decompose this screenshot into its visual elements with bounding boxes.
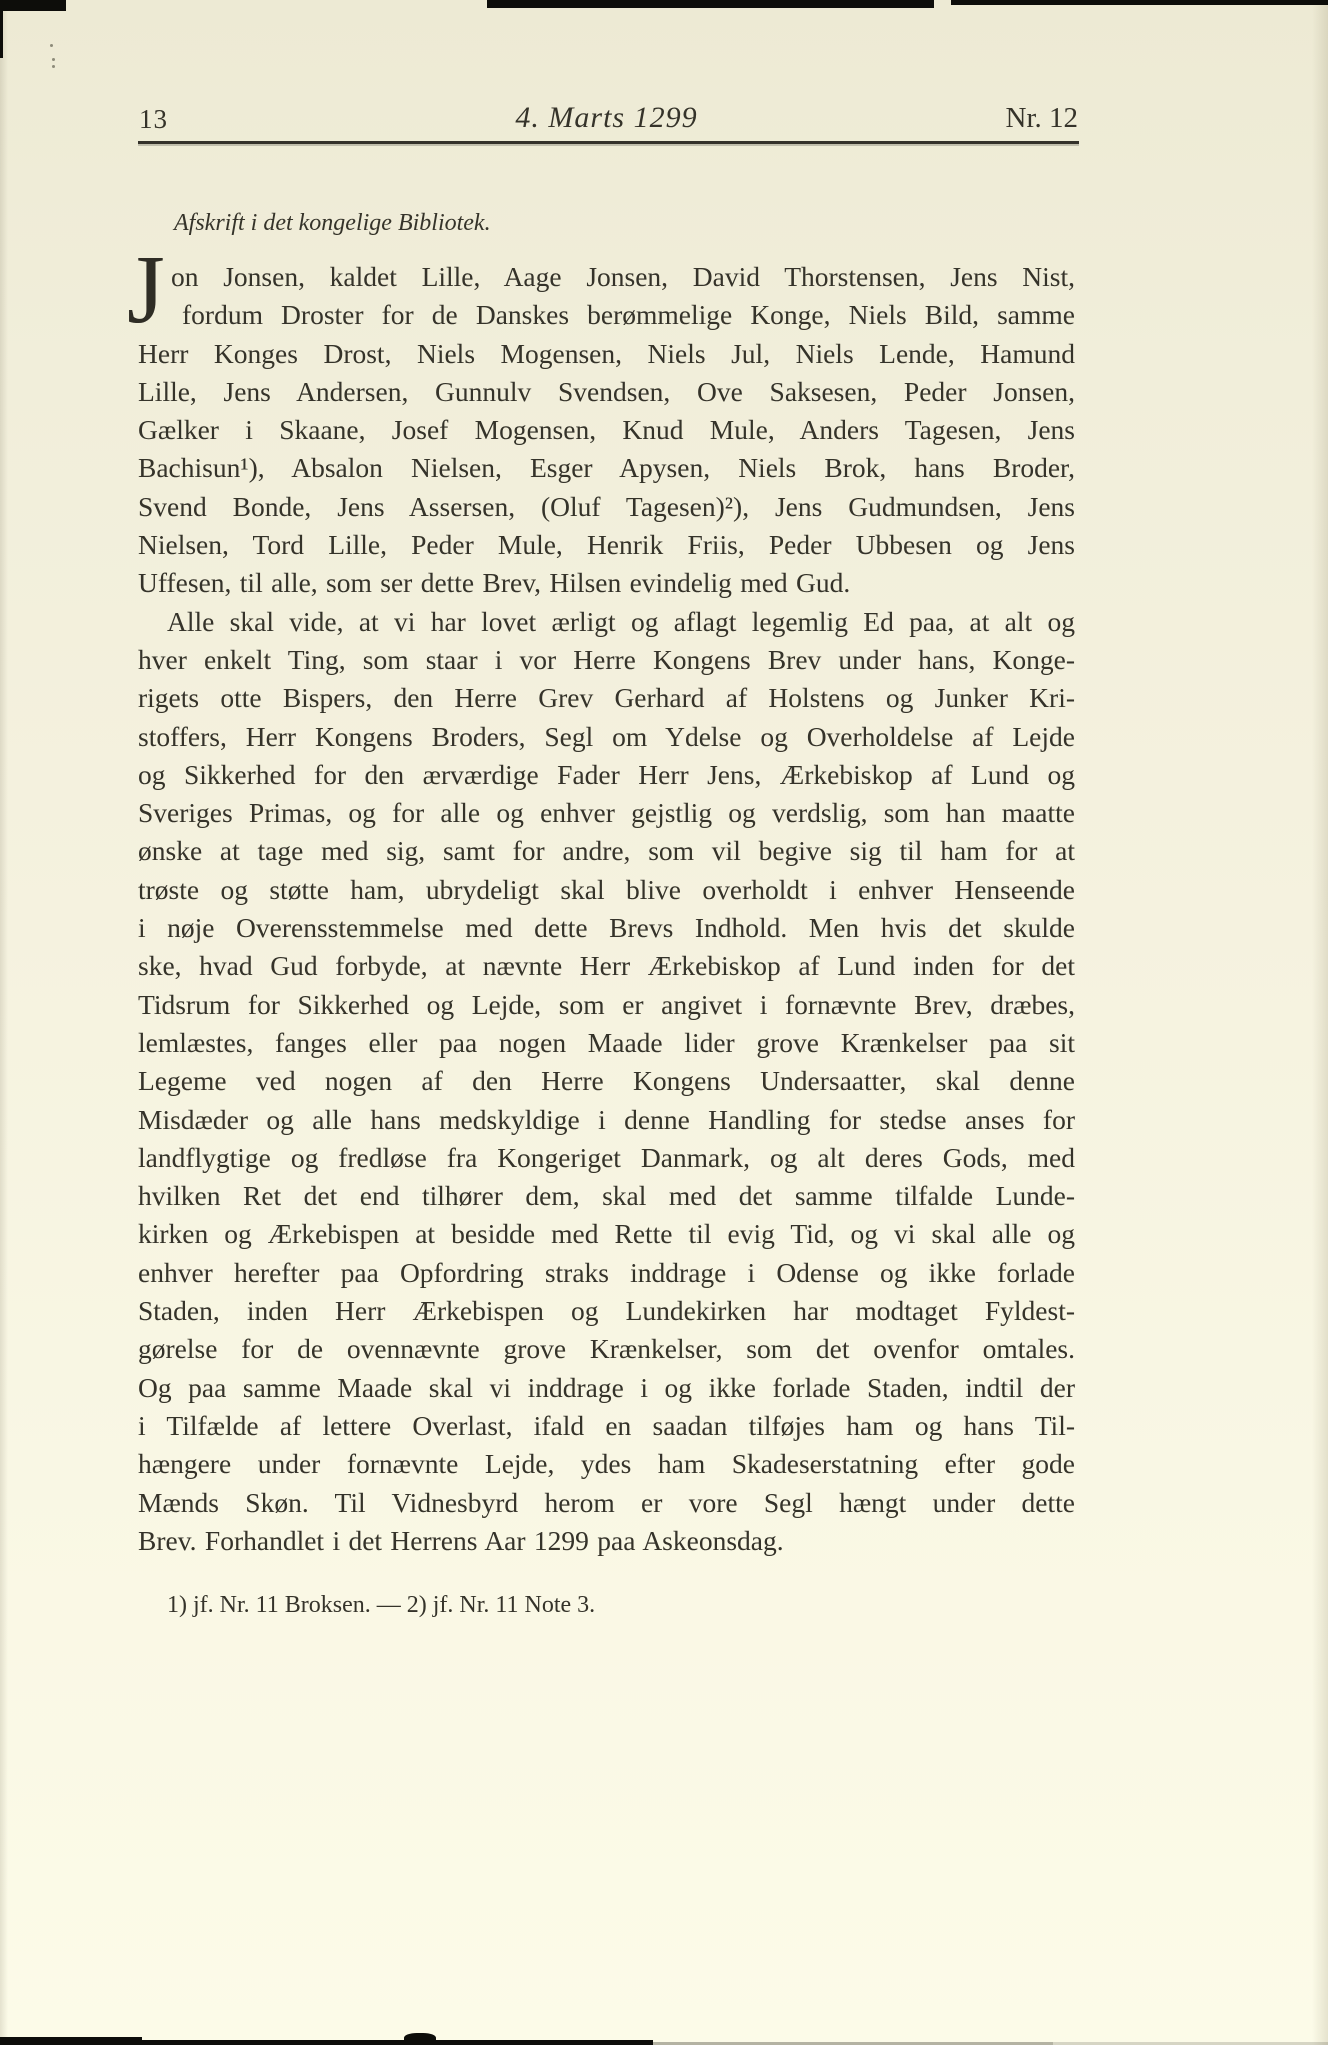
text-line: Staden, inden Herr Ærkebispen og Lundeki… xyxy=(138,1292,1075,1330)
text-line: i nøje Overensstemmelse med dette Brevs … xyxy=(138,909,1075,947)
page-edge-shadow-left xyxy=(0,0,8,2045)
paragraph-1: on Jonsen, kaldet Lille, Aage Jonsen, Da… xyxy=(138,258,1075,603)
paragraph-2: Alle skal vide, at vi har lovet ærligt o… xyxy=(138,603,1075,1560)
text-line: i Tilfælde af lettere Overlast, ifald en… xyxy=(138,1407,1075,1445)
document-number: Nr. 12 xyxy=(138,102,1078,135)
text-line: hver enkelt Ting, som staar i vor Herre … xyxy=(138,641,1075,679)
text-line: Og paa samme Maade skal vi inddrage i og… xyxy=(138,1369,1075,1407)
scan-speckle xyxy=(52,58,55,61)
text-line: stoffers, Herr Kongens Broders, Segl om … xyxy=(138,718,1075,756)
scan-speckle xyxy=(52,65,55,68)
text-line: Herr Konges Drost, Niels Mogensen, Niels… xyxy=(138,335,1075,373)
header-rule xyxy=(138,141,1079,144)
scan-artifact-bottom-bar-3 xyxy=(400,2040,653,2045)
text-line: Misdæder og alle hans medskyldige i denn… xyxy=(138,1101,1075,1139)
text-line: Gælker i Skaane, Josef Mogensen, Knud Mu… xyxy=(138,411,1075,449)
text-line: hængere under fornævnte Lejde, ydes ham … xyxy=(138,1445,1075,1483)
book-page: 13 4. Marts 1299 Nr. 12 Afskrift i det k… xyxy=(0,0,1328,2045)
text-line: landflygtige og fredløse fra Kongeriget … xyxy=(138,1139,1075,1177)
scan-artifact-left-strip xyxy=(0,0,3,58)
text-line: rigets otte Bispers, den Herre Grev Gerh… xyxy=(138,679,1075,717)
text-line: trøste og støtte ham, ubrydeligt skal bl… xyxy=(138,871,1075,909)
scan-speckle xyxy=(50,44,53,47)
scan-artifact-bottom-bar-2 xyxy=(142,2040,400,2045)
page-edge-shadow-right xyxy=(1312,0,1328,2045)
text-line: enhver herefter paa Opfordring straks in… xyxy=(138,1254,1075,1292)
text-line: Alle skal vide, at vi har lovet ærligt o… xyxy=(138,603,1075,641)
text-line: Lille, Jens Andersen, Gunnulv Svendsen, … xyxy=(138,373,1075,411)
text-line: Sveriges Primas, og for alle og enhver g… xyxy=(138,794,1075,832)
document-body: on Jonsen, kaldet Lille, Aage Jonsen, Da… xyxy=(138,258,1075,1560)
scan-artifact-bottom-bar-1 xyxy=(0,2037,142,2045)
scan-artifact-top-bar-center xyxy=(487,0,934,8)
text-line: gørelse for de ovennævnte grove Krænkels… xyxy=(138,1330,1075,1368)
text-line: Mænds Skøn. Til Vidnesbyrd herom er vore… xyxy=(138,1484,1075,1522)
text-line: Tidsrum for Sikkerhed og Lejde, som er a… xyxy=(138,986,1075,1024)
text-line: ske, hvad Gud forbyde, at nævnte Herr Ær… xyxy=(138,947,1075,985)
scan-artifact-top-bar-right xyxy=(951,0,1328,5)
text-line: ønske at tage med sig, samt for andre, s… xyxy=(138,832,1075,870)
text-line: fordum Droster for de Danskes berømmelig… xyxy=(138,296,1075,334)
text-line: lemlæstes, fanges eller paa nogen Maade … xyxy=(138,1024,1075,1062)
text-line: Bachisun¹), Absalon Nielsen, Esger Apyse… xyxy=(138,449,1075,487)
text-line: Nielsen, Tord Lille, Peder Mule, Henrik … xyxy=(138,526,1075,564)
text-line: Legeme ved nogen af den Herre Kongens Un… xyxy=(138,1062,1075,1100)
text-line: kirken og Ærkebispen at besidde med Rett… xyxy=(138,1215,1075,1253)
text-line: Uffesen, til alle, som ser dette Brev, H… xyxy=(138,564,1075,602)
source-caption: Afskrift i det kongelige Bibliotek. xyxy=(174,210,491,237)
footnote: 1) jf. Nr. 11 Broksen. — 2) jf. Nr. 11 N… xyxy=(167,1592,595,1619)
text-line: hvilken Ret det end tilhører dem, skal m… xyxy=(138,1177,1075,1215)
text-line: og Sikkerhed for den ærværdige Fader Her… xyxy=(138,756,1075,794)
text-line: Brev. Forhandlet i det Herrens Aar 1299 … xyxy=(138,1522,1075,1560)
scan-artifact-top-bar-left xyxy=(0,0,66,11)
text-line: on Jonsen, kaldet Lille, Aage Jonsen, Da… xyxy=(138,258,1075,296)
text-line: Svend Bonde, Jens Assersen, (Oluf Tagese… xyxy=(138,488,1075,526)
